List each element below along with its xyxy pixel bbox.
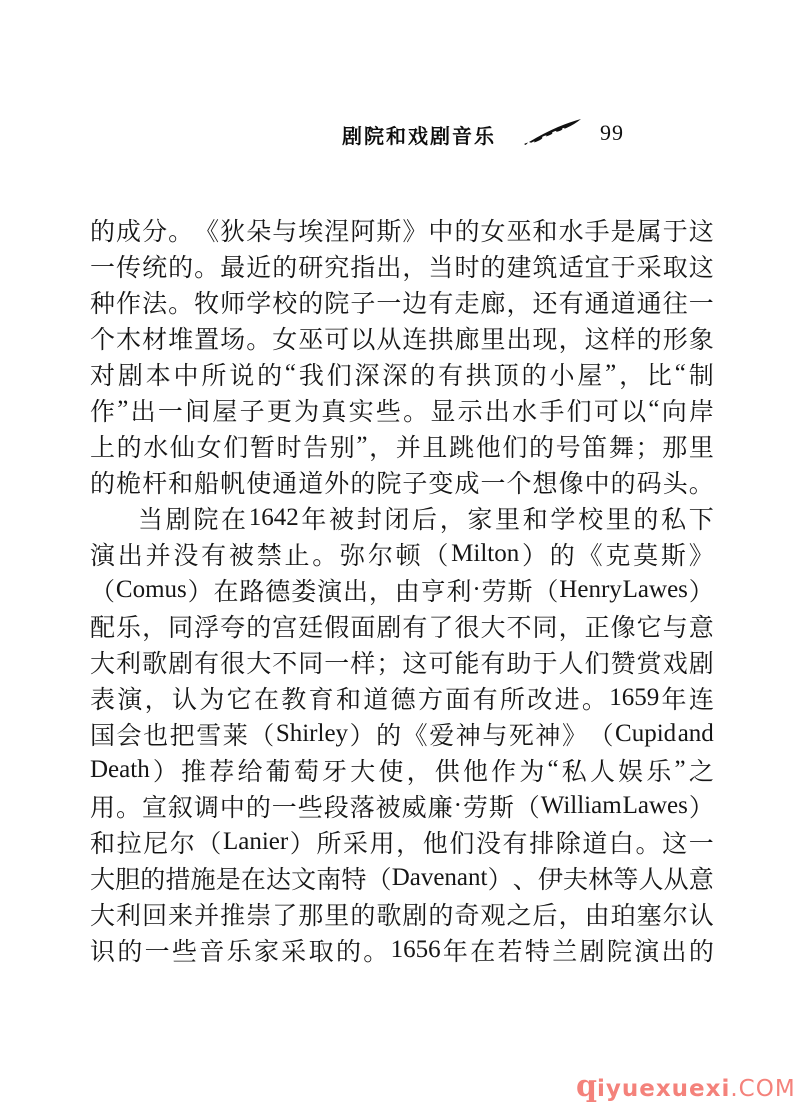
text-line: 和拉尼尔（Lanier）所采用，他们没有排除道白。这一 (90, 824, 714, 860)
text-line: 种作法。牧师学校的院子一边有走廊，还有通道通往一 (90, 284, 714, 320)
page-number: 99 (600, 120, 624, 146)
brush-stroke-icon (522, 118, 584, 146)
text-line: 一传统的。最近的研究指出，当时的建筑适宜于采取这 (90, 248, 714, 284)
text-line: 演出并没有被禁止。弥尔顿（Milton）的《克莫斯》 (90, 536, 714, 572)
watermark: qiyuexuexi.COM (576, 1070, 794, 1108)
text-line: 的桅杆和船帆使通道外的院子变成一个想像中的码头。 (90, 464, 714, 500)
text-line: 的成分。《狄朵与埃涅阿斯》中的女巫和水手是属于这 (90, 212, 714, 248)
text-line: （Comus）在路德娄演出，由亨利·劳斯（HenryLawes） (90, 572, 714, 608)
chapter-title: 剧院和戏剧音乐 (342, 120, 496, 149)
text-line: 作”出一间屋子更为真实些。显示出水手们可以“向岸 (90, 392, 714, 428)
text-line: 用。宣叙调中的一些段落被威廉·劳斯（WilliamLawes） (90, 788, 714, 824)
watermark-initial: q (576, 1069, 597, 1104)
text-line: Death）推荐给葡萄牙大使，供他作为“私人娱乐”之 (90, 752, 714, 788)
text-line: 对剧本中所说的“我们深深的有拱顶的小屋”，比“制 (90, 356, 714, 392)
watermark-name: iyuexuexi (597, 1076, 730, 1102)
text-line: 表演，认为它在教育和道德方面有所改进。1659年连 (90, 680, 714, 716)
text-line: 配乐，同浮夸的宫廷假面剧有了很大不同，正像它与意 (90, 608, 714, 644)
text-line: 个木材堆置场。女巫可以从连拱廊里出现，这样的形象 (90, 320, 714, 356)
text-line: 当剧院在1642年被封闭后，家里和学校里的私下 (90, 500, 714, 536)
watermark-domain: .COM (730, 1076, 794, 1102)
text-line: 国会也把雪莱（Shirley）的《爱神与死神》（Cupidand (90, 716, 714, 752)
body-text: 的成分。《狄朵与埃涅阿斯》中的女巫和水手是属于这一传统的。最近的研究指出，当时的… (90, 212, 714, 968)
text-line: 上的水仙女们暂时告别”，并且跳他们的号笛舞；那里 (90, 428, 714, 464)
text-line: 大胆的措施是在达文南特（Davenant）、伊夫林等人从意 (90, 860, 714, 896)
text-line: 大利歌剧有很大不同一样；这可能有助于人们赞赏戏剧 (90, 644, 714, 680)
text-line: 识的一些音乐家采取的。1656年在若特兰剧院演出的 (90, 932, 714, 968)
text-line: 大利回来并推崇了那里的歌剧的奇观之后，由珀塞尔认 (90, 896, 714, 932)
book-page: 剧院和戏剧音乐 99 的成分。《狄朵与埃涅阿斯》中的女巫和水手是属于这一传统的。… (0, 0, 794, 1120)
running-head: 剧院和戏剧音乐 99 (0, 118, 794, 148)
